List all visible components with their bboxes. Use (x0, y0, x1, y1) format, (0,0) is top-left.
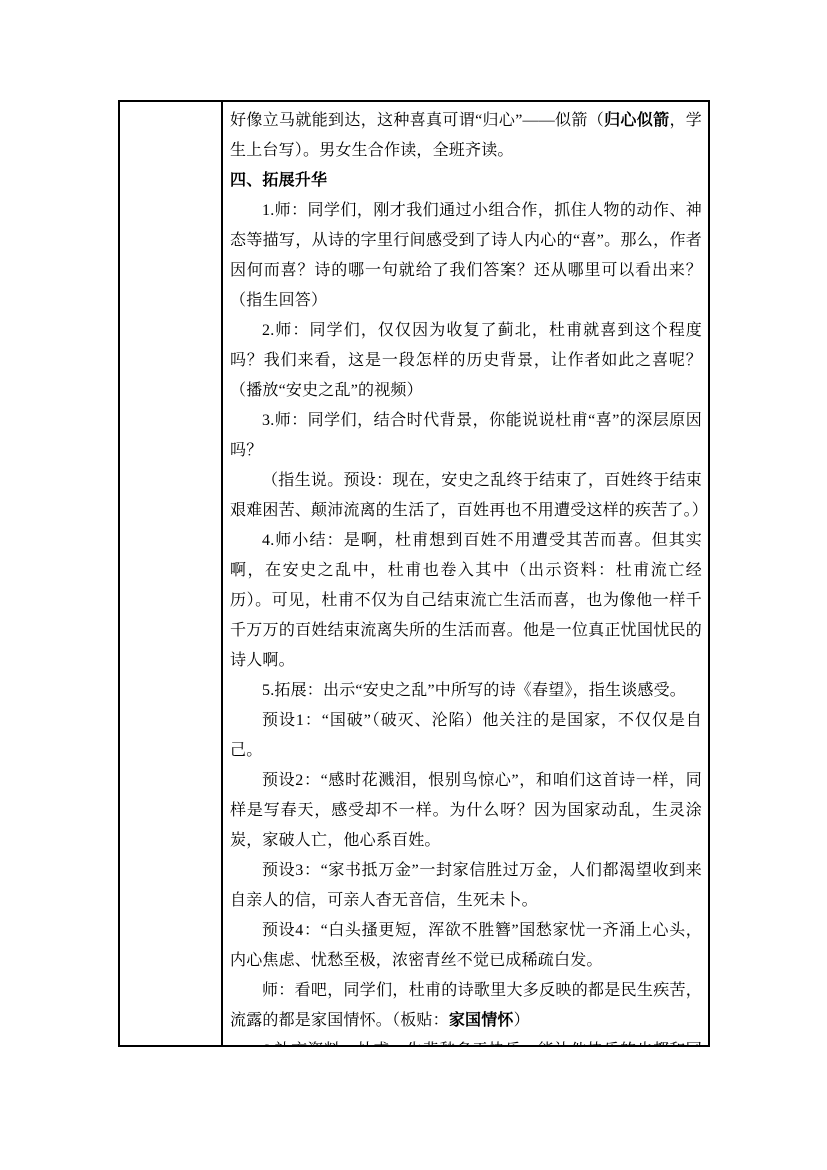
text-run: 6.补充资料：杜甫一生悲愁多于快乐，能让他快乐的也都和国家大事相关。所以啊，我们… (230, 1042, 702, 1045)
paragraph: （指生说。预设：现在，安史之乱终于结束了，百姓终于结束艰难困苦、颠沛流离的生活了… (230, 466, 702, 526)
text-run: 1.师：同学们，刚才我们通过小组合作，抓住人物的动作、神态等描写，从诗的字里行间… (230, 202, 702, 309)
paragraph: 预设2：“感时花溅泪，恨别鸟惊心”，和咱们这首诗一样，同样是写春天，感受却不一样… (230, 766, 702, 856)
text-run: 5.拓展：出示“安史之乱”中所写的诗《春望》，指生谈感受。 (262, 682, 686, 699)
text-run: 预设3：“家书抵万金”一封家信胜过万金，人们都渴望收到来自亲人的信，可亲人杳无音… (230, 862, 702, 909)
text-run: ） (514, 1012, 530, 1029)
text-run: 预设4：“白头搔更短，浑欲不胜簪”国愁家忧一齐涌上心头，内心焦虑、忧愁至极，浓密… (230, 922, 702, 969)
text-run: 家国情怀 (449, 1012, 514, 1029)
text-run: 3.师：同学们，结合时代背景，你能说说杜甫“喜”的深层原因吗？ (230, 412, 702, 459)
text-run: 4.师小结：是啊，杜甫想到百姓不用遭受其苦而喜。但其实啊，在安史之乱中，杜甫也卷… (230, 532, 702, 669)
text-run: 归心似箭 (604, 112, 669, 129)
paragraph: 师：看吧，同学们，杜甫的诗歌里大多反映的都是民生疾苦，流露的都是家国情怀。（板贴… (230, 976, 702, 1036)
table-content-cell: 好像立马就能到达，这种喜真可谓“归心”——似箭（归心似箭，学生上台写）。男女生合… (223, 102, 708, 1045)
text-run: 2.师：同学们，仅仅因为收复了蓟北，杜甫就喜到这个程度吗？我们来看，这是一段怎样… (230, 322, 702, 399)
paragraph: 好像立马就能到达，这种喜真可谓“归心”——似箭（归心似箭，学生上台写）。男女生合… (230, 106, 702, 166)
paragraph: 2.师：同学们，仅仅因为收复了蓟北，杜甫就喜到这个程度吗？我们来看，这是一段怎样… (230, 316, 702, 406)
lesson-plan-table: 好像立马就能到达，这种喜真可谓“归心”——似箭（归心似箭，学生上台写）。男女生合… (118, 100, 710, 1047)
text-run: 预设1：“国破”（破灭、沦陷）他关注的是国家，不仅仅是自己。 (230, 712, 702, 759)
paragraph: 1.师：同学们，刚才我们通过小组合作，抓住人物的动作、神态等描写，从诗的字里行间… (230, 196, 702, 316)
paragraph: 3.师：同学们，结合时代背景，你能说说杜甫“喜”的深层原因吗？ (230, 406, 702, 466)
text-run: 好像立马就能到达，这种喜真可谓“归心”——似箭（ (230, 112, 604, 129)
document-page: 好像立马就能到达，这种喜真可谓“归心”——似箭（归心似箭，学生上台写）。男女生合… (0, 0, 827, 1170)
text-run: （指生说。预设：现在，安史之乱终于结束了，百姓终于结束艰难困苦、颠沛流离的生活了… (230, 472, 708, 519)
paragraph: 5.拓展：出示“安史之乱”中所写的诗《春望》，指生谈感受。 (230, 676, 702, 706)
paragraph: 4.师小结：是啊，杜甫想到百姓不用遭受其苦而喜。但其实啊，在安史之乱中，杜甫也卷… (230, 526, 702, 676)
table-left-cell (120, 102, 223, 1045)
paragraph: 6.补充资料：杜甫一生悲愁多于快乐，能让他快乐的也都和国家大事相关。所以啊，我们… (230, 1036, 702, 1045)
text-run: 预设2：“感时花溅泪，恨别鸟惊心”，和咱们这首诗一样，同样是写春天，感受却不一样… (230, 772, 702, 849)
text-run: 四、拓展升华 (230, 172, 327, 189)
section-heading: 四、拓展升华 (230, 166, 702, 196)
paragraph: 预设3：“家书抵万金”一封家信胜过万金，人们都渴望收到来自亲人的信，可亲人杳无音… (230, 856, 702, 916)
paragraph: 预设1：“国破”（破灭、沦陷）他关注的是国家，不仅仅是自己。 (230, 706, 702, 766)
paragraph: 预设4：“白头搔更短，浑欲不胜簪”国愁家忧一齐涌上心头，内心焦虑、忧愁至极，浓密… (230, 916, 702, 976)
